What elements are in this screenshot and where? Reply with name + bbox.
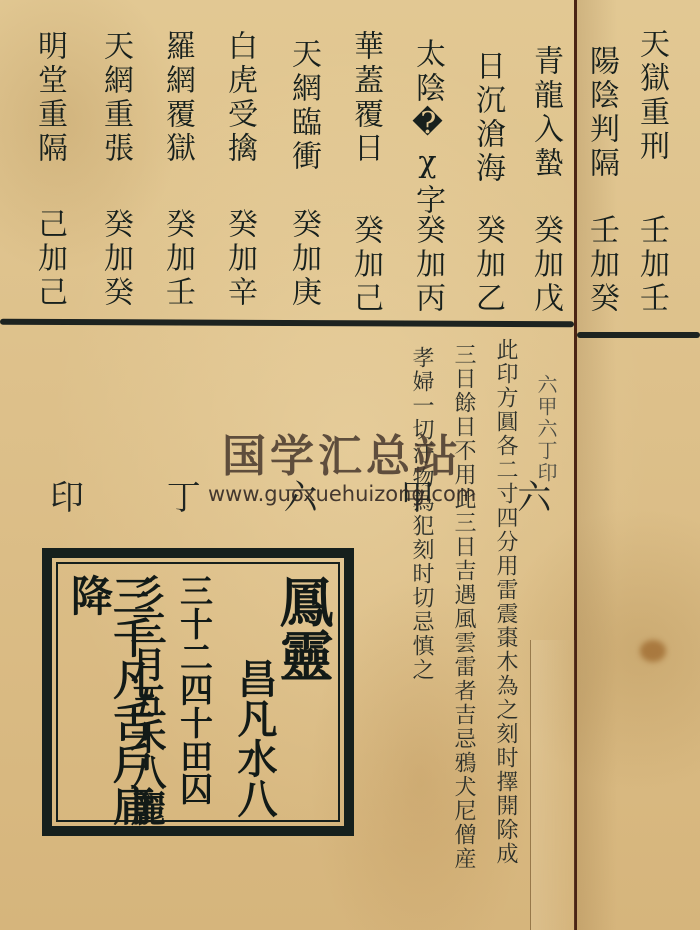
seal-side-label: 六甲六丁印	[536, 374, 556, 484]
entry-name: 天網臨衝	[288, 38, 318, 174]
entry-value: 癸加癸	[100, 208, 130, 310]
entry-value: 壬加壬	[636, 214, 666, 316]
entry-value: 癸加壬	[162, 208, 192, 310]
entry-name: 華蓋覆日	[350, 30, 380, 166]
entry-name: 天網重張	[100, 30, 130, 166]
entry-name: 日沉滄海	[472, 50, 502, 186]
entry-value: 癸加庚	[288, 208, 318, 310]
watermark-url: www.guoxuehuizong.com	[208, 482, 476, 506]
entry-name: 天獄重刑	[636, 28, 666, 164]
paper-stain	[640, 640, 666, 662]
entry-name: 青龍入蟄	[530, 45, 560, 181]
entry-name: 羅網覆獄	[162, 30, 192, 166]
seal-column: 昌凡水八	[234, 658, 274, 818]
entry-value: 癸加丙	[412, 214, 442, 316]
entry-name: 太陰�χ字	[412, 38, 442, 218]
entry-name: 白虎受擒	[224, 30, 254, 166]
torn-paper-edge	[530, 640, 575, 930]
entry-value: 癸加己	[350, 214, 380, 316]
seal-note-line-1: 此印方圓各二寸四分用雷震棗木為之刻时擇開除成	[494, 338, 516, 866]
entry-name: 陽陰判隔	[586, 45, 616, 181]
seal-column: 三十二四十田囚	[178, 574, 211, 805]
seal-column: 鳳靈	[276, 574, 330, 682]
entry-value: 壬加癸	[586, 214, 616, 316]
entry-value: 癸加辛	[224, 208, 254, 310]
talisman-seal: 鳳靈 昌凡水八 三十二四十田囚 彡三月五禾八麗 三千凡舌戶庯降	[42, 548, 354, 836]
table-divider-right	[577, 332, 700, 338]
entry-name: 明堂重隔	[34, 30, 64, 166]
entry-value: 癸加乙	[472, 214, 502, 316]
entry-value: 癸加戊	[530, 214, 560, 316]
watermark-site-name: 国学汇总站	[222, 420, 462, 484]
seal-column: 三千凡舌戶庯降	[68, 574, 152, 826]
entry-value: 己加己	[34, 208, 64, 310]
